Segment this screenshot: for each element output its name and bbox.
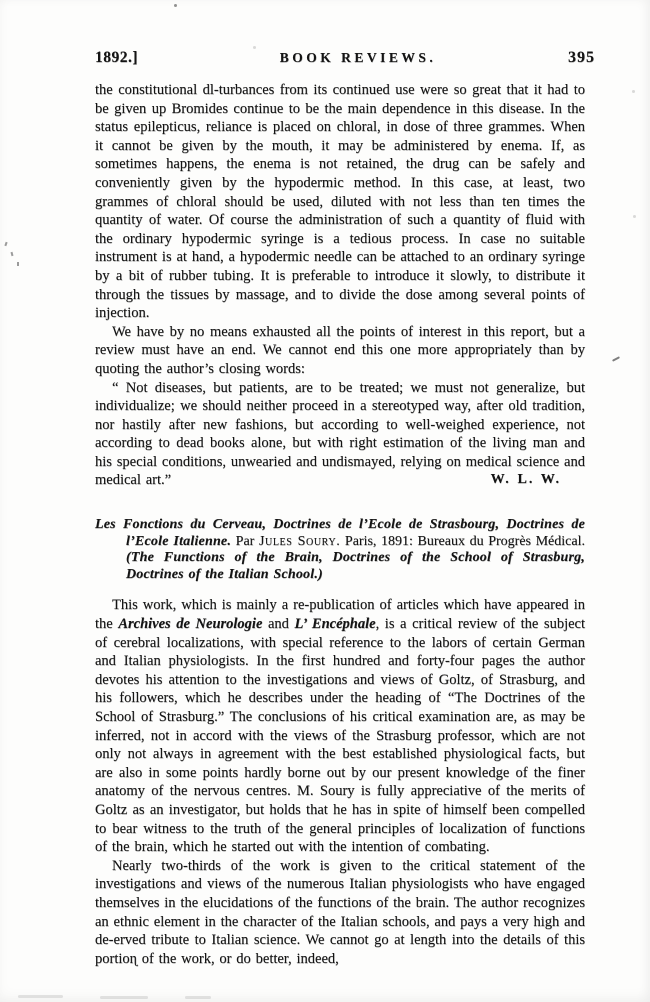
journal-title-archives: Archives de Neurologie [118, 616, 262, 632]
scan-artifact [100, 996, 148, 999]
page-header-title: BOOK REVIEWS. [138, 50, 568, 66]
scan-artifact [185, 996, 211, 999]
paragraph-italian-schools: Nearly two-thirds of the work is given t… [95, 857, 585, 969]
citation-title-english: (The Functions of the Brain, Doctrines o… [126, 550, 585, 582]
citation-author: Jules Soury. [259, 534, 340, 549]
review-text-segment: , is a critical review of the subject of… [95, 616, 585, 855]
scan-artifact [11, 252, 14, 256]
scan-artifact [632, 90, 635, 93]
review-text-segment: and [262, 616, 294, 632]
reviewer-initials: W. L. W. [491, 471, 561, 490]
paragraph-review-overview: This work, which is mainly a re-publicat… [95, 596, 585, 856]
journal-title-encephale: L’ Encéphale [295, 616, 376, 632]
page-number: 395 [568, 49, 595, 67]
scan-artifact [4, 242, 7, 246]
paragraph-continuation: the constitutional dl-turbances from its… [95, 81, 585, 323]
scanned-journal-page: 1892.] BOOK REVIEWS. 395 the constitutio… [0, 0, 650, 1002]
scan-artifact [17, 262, 19, 266]
header-year: 1892.] [95, 49, 138, 67]
scan-artifact [633, 215, 636, 218]
margin-pen-tick [612, 356, 620, 362]
scan-artifact [253, 46, 256, 49]
paragraph-closing-remarks: We have by no means exhausted all the po… [95, 323, 585, 379]
scan-artifact [174, 4, 177, 7]
citation-imprint: Paris, 1891: Bureaux du Progrès Médical. [340, 534, 585, 549]
citation-by-label: Par [231, 534, 259, 549]
book-citation: Les Fonctions du Cerveau, Doctrines de l… [95, 517, 585, 583]
text-column: the constitutional dl-turbances from its… [95, 81, 585, 968]
author-quote-block: “ Not diseases, but patients, are to be … [95, 379, 585, 491]
scan-artifact [18, 995, 63, 998]
running-head: 1892.] BOOK REVIEWS. 395 [95, 49, 595, 67]
